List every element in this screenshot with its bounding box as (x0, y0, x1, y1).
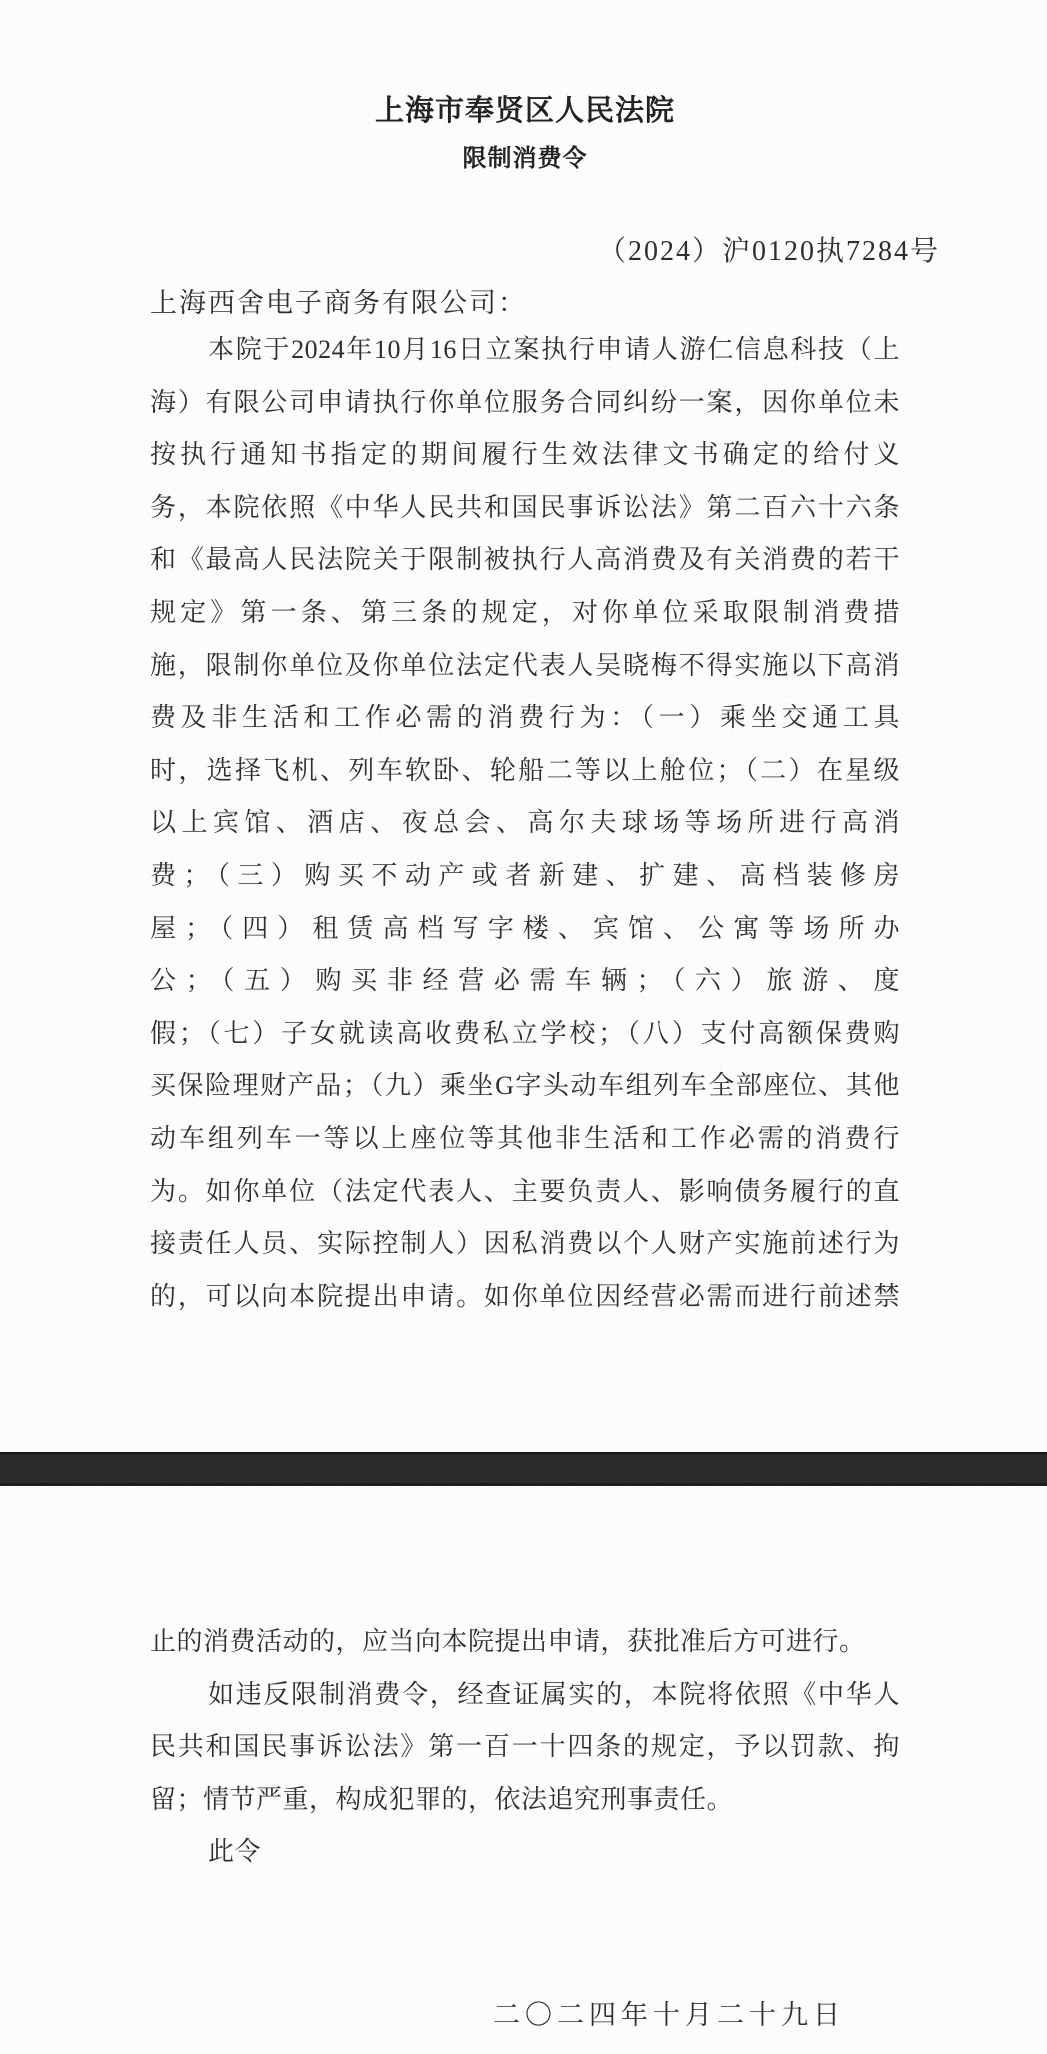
court-name: 上海市奉贤区人民法院 (150, 88, 900, 129)
case-number: （2024）沪0120执7284号 (598, 229, 940, 269)
body-line: 施，限制你单位及你单位法定代表人吴晓梅不得实施以下高消 (150, 640, 900, 693)
body-line: 如违反限制消费令，经查证属实的，本院将依照《中华人 (150, 1669, 900, 1722)
body-line: 费；（三）购买不动产或者新建、扩建、高档装修房 (150, 850, 900, 903)
body-line: 时，选择飞机、列车软卧、轮船二等以上舱位；（二）在星级 (150, 745, 900, 798)
body-line: 买保险理财产品；（九）乘坐G字头动车组列车全部座位、其他 (150, 1060, 900, 1113)
body-block-2: 止的消费活动的，应当向本院提出申请，获批准后方可进行。 如违反限制消费令，经查证… (150, 1616, 900, 1879)
body-block-1: 本院于2024年10月16日立案执行申请人游仁信息科技（上 海）有限公司申请执行… (150, 324, 900, 1323)
body-line: 海）有限公司申请执行你单位服务合同纠纷一案，因你单位未 (150, 377, 900, 430)
body-line: 按执行通知书指定的期间履行生效法律文书确定的给付义 (150, 429, 900, 482)
body-line: 屋；（四）租赁高档写字楼、宾馆、公寓等场所办 (150, 903, 900, 956)
body-line: 接责任人员、实际控制人）因私消费以个人财产实施前述行为 (150, 1218, 900, 1271)
body-line: 民共和国民事诉讼法》第一百一十四条的规定，予以罚款、拘 (150, 1721, 900, 1774)
addressee: 上海西舍电子商务有限公司： (150, 281, 527, 320)
body-line: 和《最高人民法院关于限制被执行人高消费及有关消费的若干 (150, 534, 900, 587)
body-line: 以上宾馆、酒店、夜总会、高尔夫球场等场所进行高消 (150, 797, 900, 850)
body-line: 留；情节严重，构成犯罪的，依法追究刑事责任。 (150, 1774, 900, 1827)
body-line: 公；（五）购买非经营必需车辆；（六）旅游、度 (150, 955, 900, 1008)
body-line: 止的消费活动的，应当向本院提出申请，获批准后方可进行。 (150, 1616, 900, 1669)
body-line: 费及非生活和工作必需的消费行为：（一）乘坐交通工具 (150, 692, 900, 745)
date-line: 二〇二四年十月二十九日 (493, 1993, 845, 2032)
body-line: 的，可以向本院提出申请。如你单位因经营必需而进行前述禁 (150, 1271, 900, 1324)
closing-phrase: 此令 (150, 1826, 900, 1879)
body-line: 务，本院依照《中华人民共和国民事诉讼法》第二百六十六条 (150, 482, 900, 535)
body-line: 为。如你单位（法定代表人、主要负责人、影响债务履行的直 (150, 1166, 900, 1219)
body-line: 规定》第一条、第三条的规定，对你单位采取限制消费措 (150, 587, 900, 640)
document-page: 上海市奉贤区人民法院 限制消费令 （2024）沪0120执7284号 上海西舍电… (0, 0, 1047, 2054)
body-line: 动车组列车一等以上座位等其他非生活和工作必需的消费行 (150, 1113, 900, 1166)
document-title: 限制消费令 (150, 138, 900, 173)
scan-divider-band (0, 1452, 1047, 1486)
body-line: 本院于2024年10月16日立案执行申请人游仁信息科技（上 (150, 324, 900, 377)
body-line: 假；（七）子女就读高收费私立学校；（八）支付高额保费购 (150, 1008, 900, 1061)
